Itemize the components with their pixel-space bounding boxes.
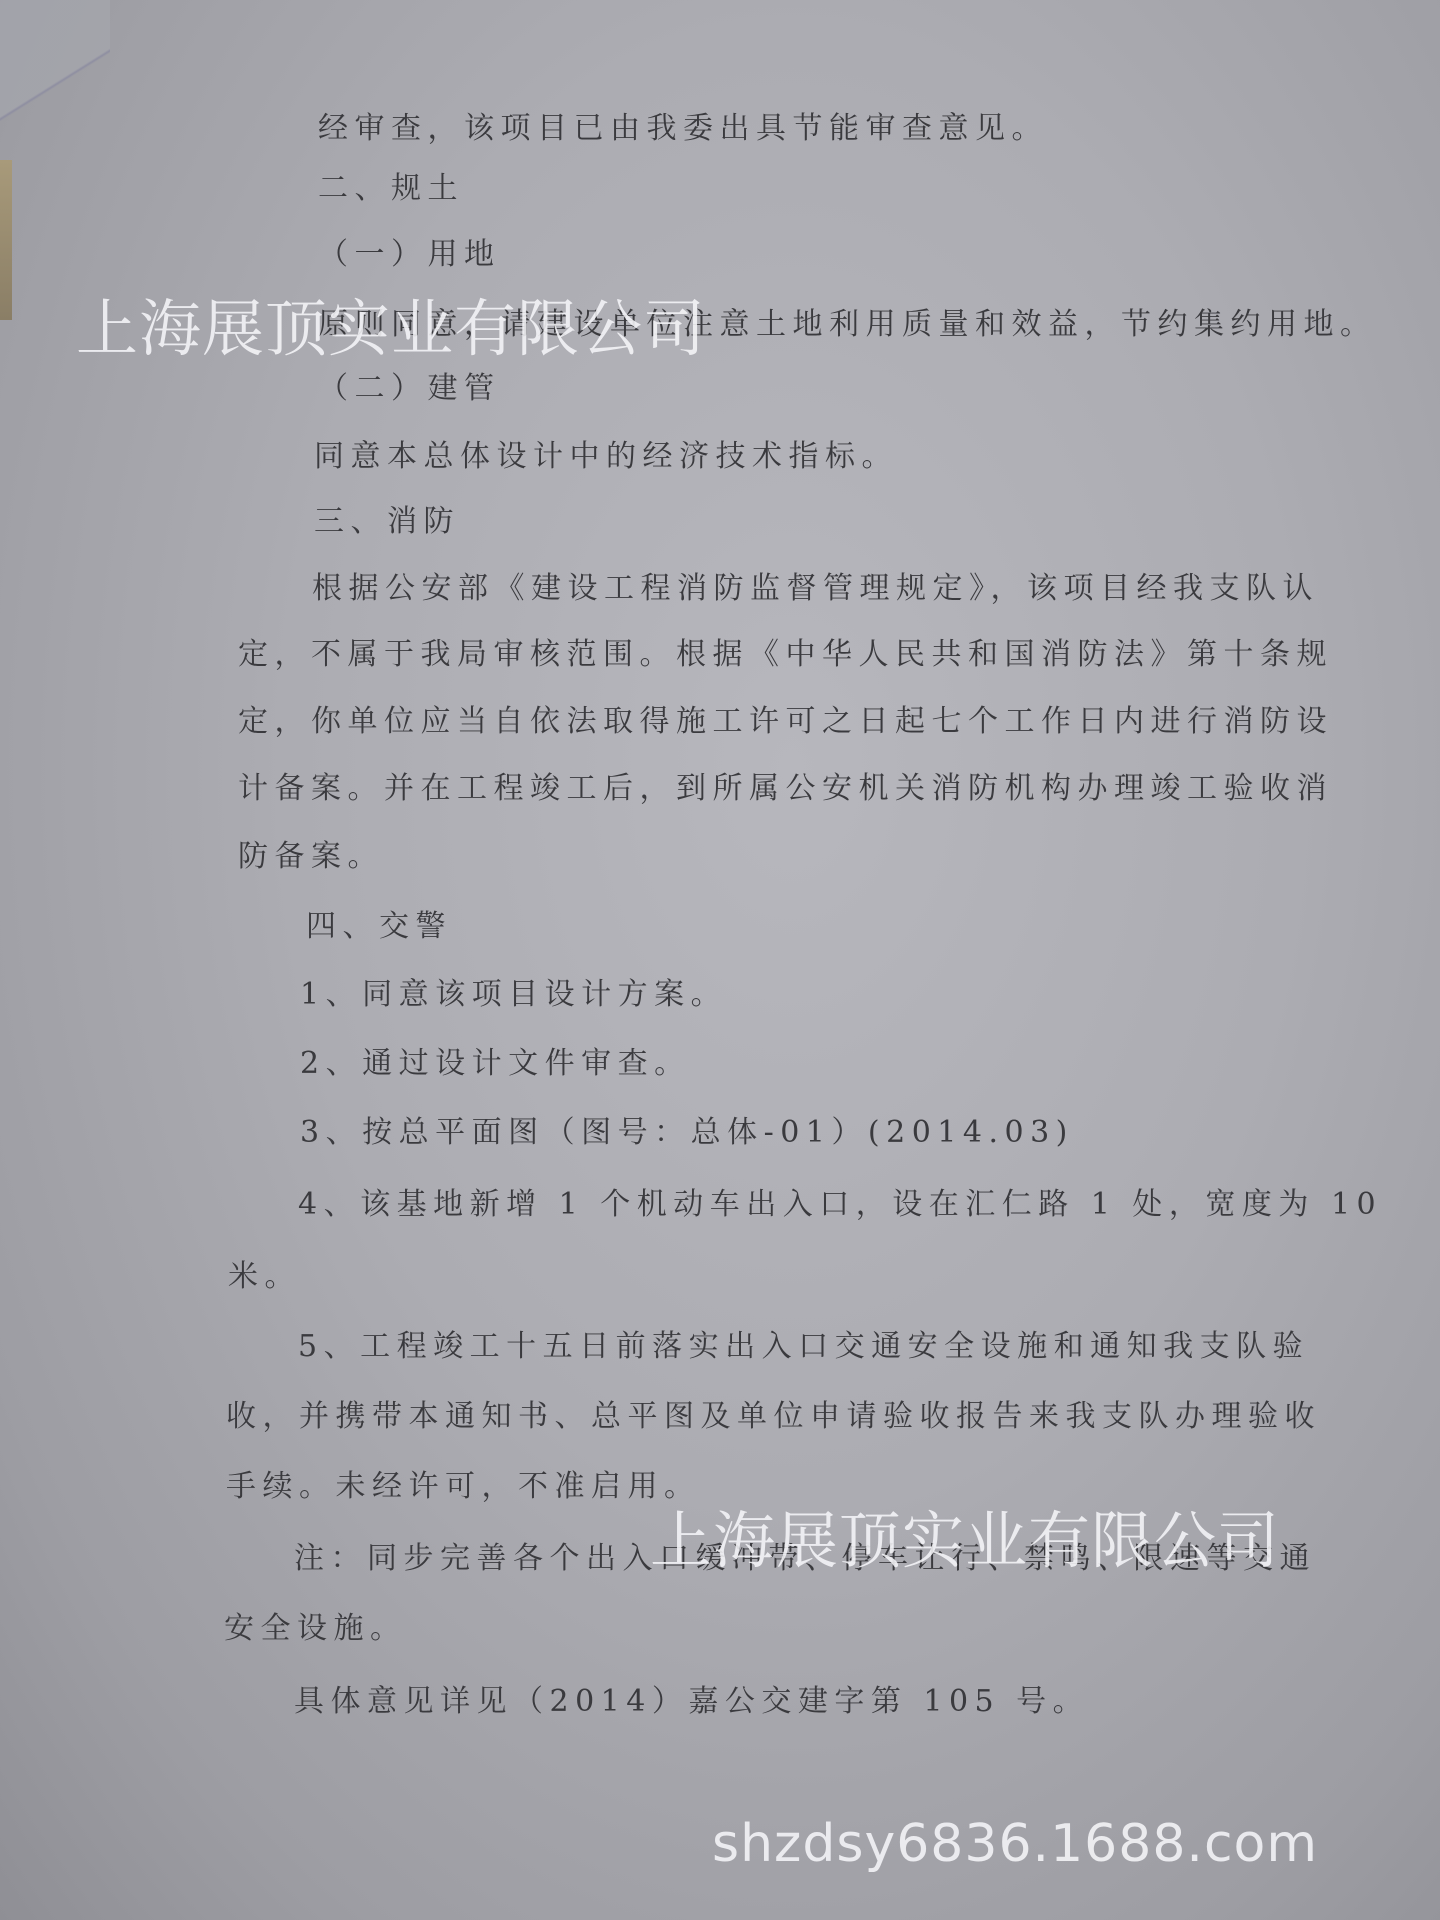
list-item-4-continued: 米。: [228, 1262, 301, 1292]
text-line-fire-1: 根据公安部《建设工程消防监督管理规定》，该项目经我支队认: [312, 574, 1319, 604]
text-line-energy-review: 经审查，该项目已由我委出具节能审查意见。: [318, 114, 1048, 144]
subsection-heading-construction-management: （二）建管: [318, 374, 501, 404]
section-heading-fire-protection: 三、消防: [314, 507, 460, 537]
watermark-company-bottom: 上海展顶实业有限公司: [650, 1510, 1280, 1572]
text-line-fire-3: 定，你单位应当自依法取得施工许可之日起七个工作日内进行消防设: [238, 707, 1333, 737]
list-item-5-continued-2: 手续。未经许可，不准启用。: [226, 1472, 701, 1502]
watermark-company-top: 上海展顶实业有限公司: [76, 298, 706, 360]
section-heading-planning-land: 二、规土: [318, 174, 464, 204]
list-item-2: 2、通过设计文件审查。: [300, 1049, 691, 1079]
watermark-url: shzdsy6836.1688.com: [712, 1818, 1318, 1870]
note-line-continued: 安全设施。: [224, 1614, 407, 1644]
text-line-fire-4: 计备案。并在工程竣工后，到所属公安机关消防机构办理竣工验收消: [238, 774, 1333, 804]
list-item-4: 4、该基地新增 1 个机动车出入口，设在汇仁路 1 处，宽度为 10: [298, 1190, 1382, 1220]
text-line-fire-5: 防备案。: [238, 842, 384, 872]
list-item-1: 1、同意该项目设计方案。: [300, 980, 727, 1010]
subsection-heading-land-use: （一）用地: [318, 240, 501, 270]
text-line-indicators-approval: 同意本总体设计中的经济技术指标。: [314, 442, 898, 472]
folded-paper-corner: [0, 0, 110, 170]
reference-line: 具体意见详见（2014）嘉公交建字第 105 号。: [294, 1687, 1089, 1717]
desk-surface-edge: [0, 160, 12, 320]
list-item-3: 3、按总平面图（图号：总体-01）(2014.03): [300, 1118, 1074, 1148]
section-heading-traffic-police: 四、交警: [306, 912, 452, 942]
paper-sheet: [0, 0, 1440, 1920]
list-item-5-continued-1: 收，并携带本通知书、总平图及单位申请验收报告来我支队办理验收: [226, 1402, 1321, 1432]
text-line-fire-2: 定，不属于我局审核范围。根据《中华人民共和国消防法》第十条规: [238, 640, 1333, 670]
list-item-5: 5、工程竣工十五日前落实出入口交通安全设施和通知我支队验: [298, 1332, 1309, 1362]
